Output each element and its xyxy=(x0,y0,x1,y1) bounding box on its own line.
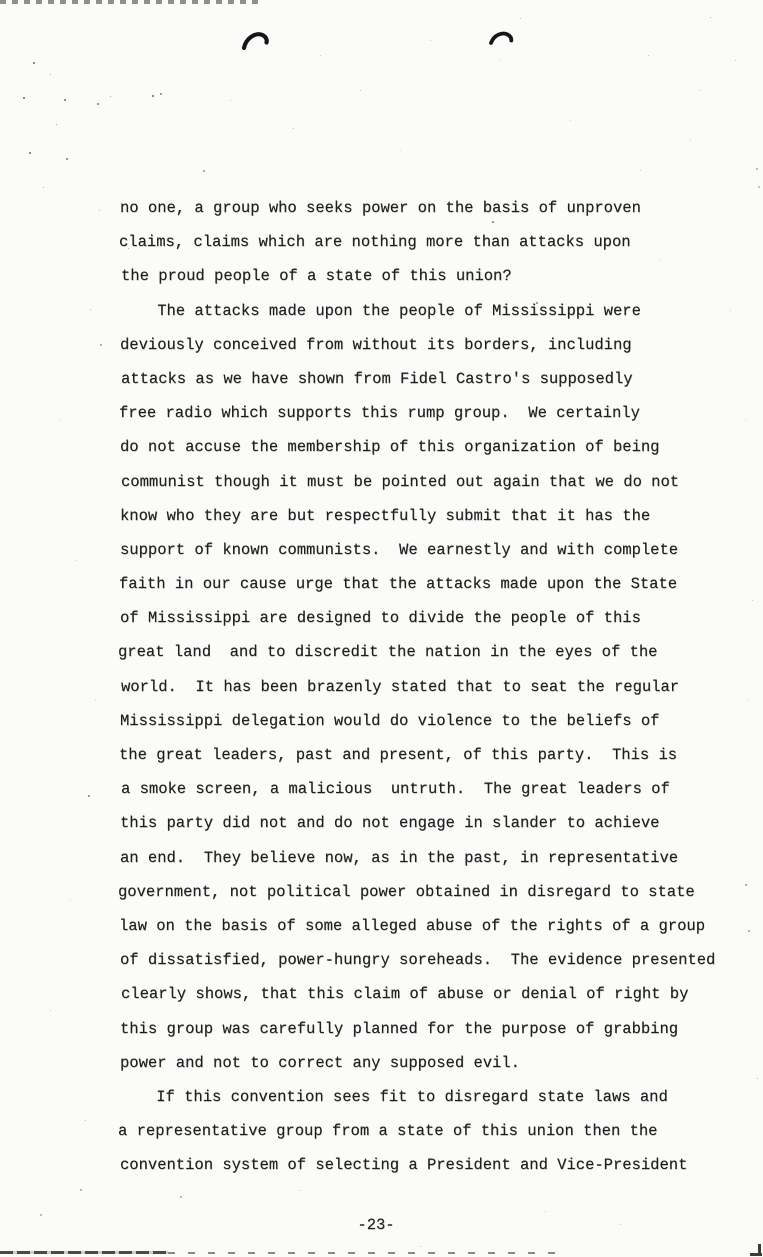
noise-speck xyxy=(40,1214,42,1216)
noise-speck xyxy=(50,1010,51,1011)
noise-speck xyxy=(43,187,44,188)
text-line: this group was carefully planned for the… xyxy=(120,1012,715,1046)
noise-speck xyxy=(620,1224,621,1225)
noise-speck xyxy=(95,700,96,701)
scanned-document-page: no one, a group who seeks power on the b… xyxy=(0,0,763,1257)
text-line: communist though it must be pointed out … xyxy=(121,465,716,499)
noise-speck xyxy=(360,90,361,91)
text-line: deviously conceived from without its bor… xyxy=(120,328,715,362)
noise-speck xyxy=(752,600,753,601)
text-line: of Mississippi are designed to divide th… xyxy=(120,601,715,635)
text-line: know who they are but respectfully submi… xyxy=(120,499,715,533)
noise-speck xyxy=(745,884,747,886)
binder-arc-mark-right xyxy=(488,29,515,52)
noise-speck xyxy=(64,99,66,101)
noise-speck xyxy=(180,1196,182,1198)
noise-speck xyxy=(735,60,736,61)
text-line: do not accuse the membership of this org… xyxy=(120,430,715,464)
text-line: of dissatisfied, power-hungry soreheads.… xyxy=(120,943,715,977)
noise-speck xyxy=(748,930,750,932)
noise-speck xyxy=(97,103,99,105)
text-line: support of known communists. We earnestl… xyxy=(120,533,715,567)
binder-arc-mark-left xyxy=(241,30,270,56)
noise-speck xyxy=(128,248,129,249)
text-line: great land and to discredit the nation i… xyxy=(118,635,713,669)
noise-speck xyxy=(710,17,711,18)
text-line: claims, claims which are nothing more th… xyxy=(119,225,714,259)
noise-speck xyxy=(700,90,701,91)
noise-speck xyxy=(320,55,321,56)
noise-speck xyxy=(420,1246,421,1247)
text-line: world. It has been brazenly stated that … xyxy=(121,670,716,704)
text-line: convention system of selecting a Preside… xyxy=(120,1148,715,1182)
text-line: power and not to correct any supposed ev… xyxy=(120,1046,715,1080)
text-line: If this convention sees fit to disregard… xyxy=(119,1080,714,1114)
noise-speck xyxy=(400,150,401,151)
noise-speck xyxy=(648,55,649,56)
bottom-scan-edge-dashed xyxy=(168,1252,560,1254)
noise-speck xyxy=(60,420,61,421)
noise-speck xyxy=(520,18,521,19)
noise-speck xyxy=(610,205,611,206)
noise-speck xyxy=(80,1189,82,1191)
noise-speck xyxy=(300,1190,301,1191)
noise-speck xyxy=(230,100,231,101)
text-line: an end. They believe now, as in the past… xyxy=(120,841,715,875)
noise-speck xyxy=(99,210,100,211)
noise-speck xyxy=(75,560,76,561)
bottom-scan-edge-dark xyxy=(0,1251,168,1254)
noise-speck xyxy=(690,140,691,141)
noise-speck xyxy=(660,260,661,261)
text-line: Mississippi delegation would do violence… xyxy=(120,704,715,738)
noise-speck xyxy=(640,170,641,171)
text-line: clearly shows, that this claim of abuse … xyxy=(121,977,716,1011)
noise-speck xyxy=(152,95,154,97)
noise-speck xyxy=(203,170,205,172)
noise-speck xyxy=(492,221,494,223)
noise-speck xyxy=(500,60,501,61)
noise-speck xyxy=(50,74,51,75)
noise-speck xyxy=(23,97,25,99)
text-line: faith in our cause urge that the attacks… xyxy=(119,567,714,601)
text-line: a representative group from a state of t… xyxy=(118,1114,713,1148)
noise-speck xyxy=(70,900,71,901)
text-line: free radio which supports this rump grou… xyxy=(119,396,714,430)
noise-speck xyxy=(29,152,31,154)
noise-speck xyxy=(758,186,760,188)
page-number: -23- xyxy=(0,1216,752,1234)
noise-speck xyxy=(730,310,731,311)
noise-speck xyxy=(545,1211,546,1212)
bottom-right-corner-mark xyxy=(750,1253,762,1256)
text-line: the great leaders, past and present, of … xyxy=(119,738,714,772)
perforation-dots xyxy=(0,0,258,4)
noise-speck xyxy=(748,700,749,701)
text-line: a smoke screen, a malicious untruth. The… xyxy=(121,772,716,806)
noise-speck xyxy=(90,309,91,310)
text-line: government, not political power obtained… xyxy=(118,875,713,909)
noise-speck xyxy=(570,120,571,121)
text-line: this party did not and do not engage in … xyxy=(120,806,715,840)
noise-speck xyxy=(293,128,294,129)
typed-body-text: no one, a group who seeks power on the b… xyxy=(120,191,715,1182)
noise-speck xyxy=(745,420,746,421)
noise-speck xyxy=(757,1078,758,1079)
noise-speck xyxy=(56,124,57,125)
text-line: the proud people of a state of this unio… xyxy=(121,259,716,293)
noise-speck xyxy=(536,302,538,304)
noise-speck xyxy=(160,93,162,95)
noise-speck xyxy=(110,96,111,97)
noise-speck xyxy=(33,62,35,64)
noise-speck xyxy=(756,168,758,170)
text-line: attacks as we have shown from Fidel Cast… xyxy=(121,362,716,396)
text-line: The attacks made upon the people of Miss… xyxy=(120,294,715,328)
text-line: law on the basis of some alleged abuse o… xyxy=(119,909,714,943)
noise-speck xyxy=(66,158,68,160)
text-line: no one, a group who seeks power on the b… xyxy=(120,191,715,225)
noise-speck xyxy=(85,1120,86,1121)
noise-speck xyxy=(430,40,431,41)
noise-speck xyxy=(100,344,102,346)
noise-speck xyxy=(88,795,90,797)
